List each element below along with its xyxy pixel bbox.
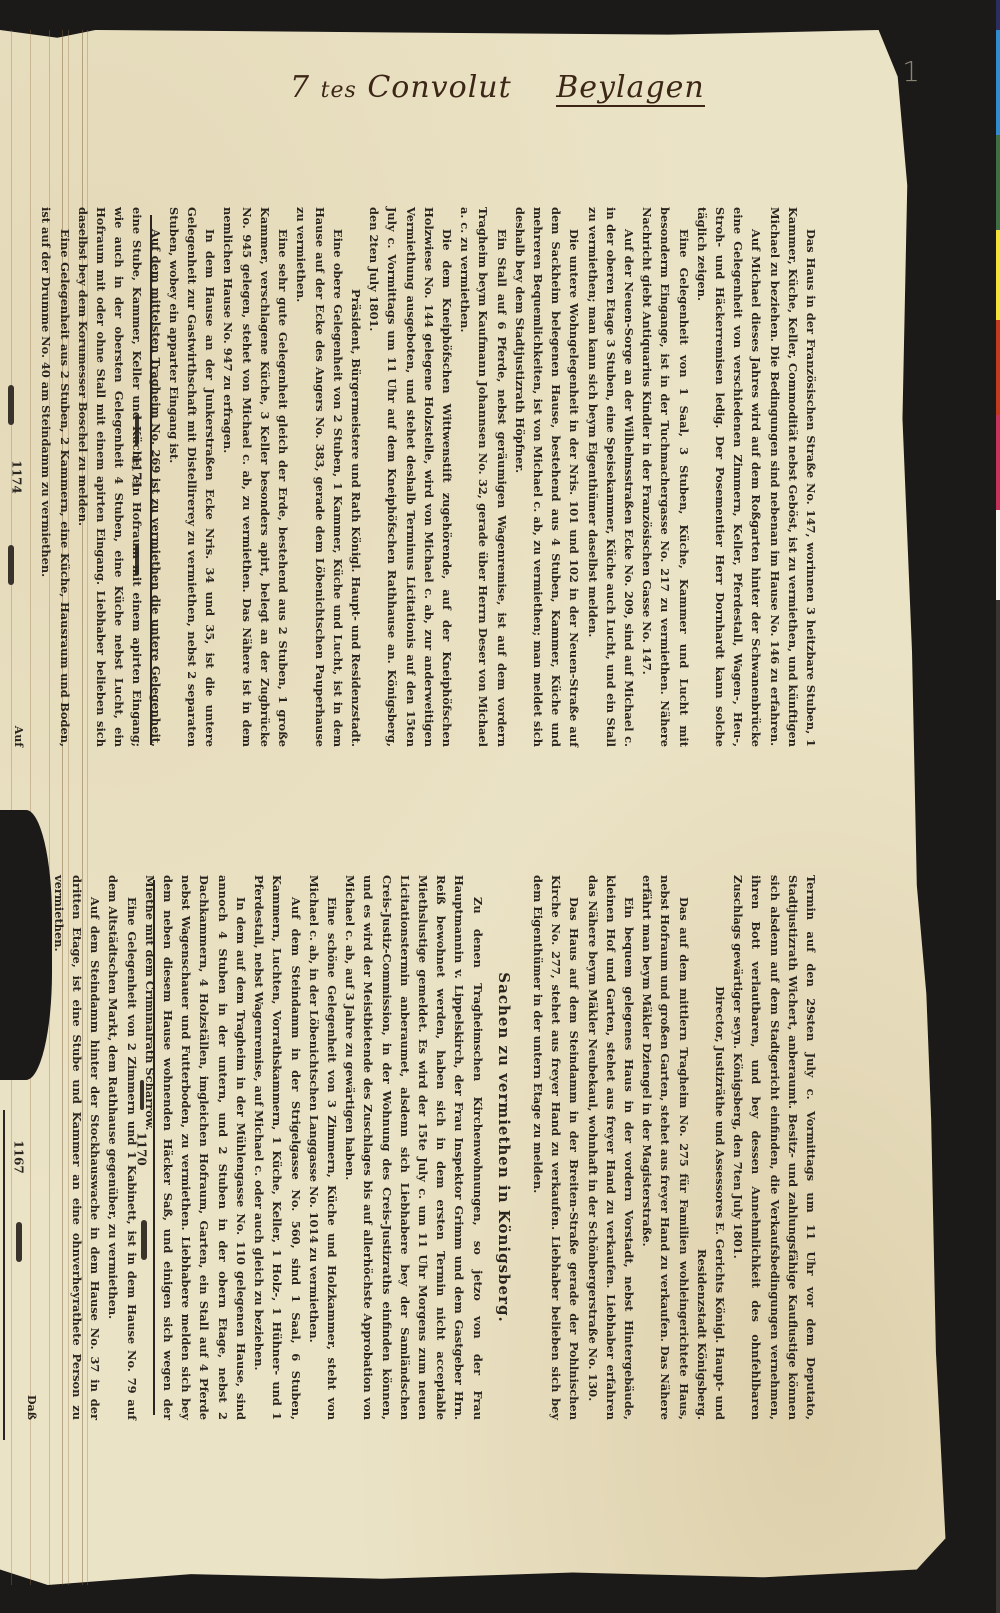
edge-column-rule (3, 1110, 5, 1440)
notice-paragraph: Eine Gelegenheit von 2 Zimmern und 1 Kab… (104, 875, 140, 1420)
notice-paragraph: Ein bequem gelegenes Haus in der vordern… (583, 875, 638, 1420)
handwritten-word: tes (321, 78, 357, 103)
swatch-blue (996, 30, 1000, 135)
notice-paragraph: Eine sehr gute Gelegenheit gleich der Er… (219, 207, 292, 747)
pencil-folio-number: 1 (902, 55, 920, 88)
notice-paragraph: Zu denen Tragheimschen Kirchenwohnungen,… (341, 875, 487, 1420)
notice-paragraph: Auf dem Steindamm hinter der Stockhauswa… (50, 875, 105, 1420)
swatch-red (996, 320, 1000, 415)
notice-paragraph: Das auf dem mittlern Tragheim No. 275 fü… (638, 875, 693, 1420)
color-calibration-strip (996, 0, 1000, 1613)
handwritten-number: 7 (290, 70, 310, 105)
text-column-upper: Das Haus in der Französischen Straße No.… (9, 207, 820, 747)
notice-paragraph: Auf dem Steindamm in der Strigelgasse No… (250, 875, 305, 1420)
notice-signature: Präsident, Bürgermeistere und Rath König… (347, 207, 365, 747)
notice-paragraph: Die untere Wohngelegenheit in der Nris. … (511, 207, 584, 747)
notice-paragraph: In dem Hause an der Junkerstraßen Ecke N… (165, 207, 220, 747)
notice-paragraph: Das Haus in der Französischen Straße No.… (765, 207, 820, 747)
handwritten-word: Convolut (367, 70, 511, 105)
catchword: Auf (9, 207, 27, 747)
section-heading: Sachen zu vermiethen in Königsberg. (495, 875, 513, 1420)
swatch-yellow (996, 230, 1000, 320)
notice-paragraph: Ein Stall auf 6 Pferde, nebst geräumigen… (456, 207, 511, 747)
notice-paragraph: Auf der Neuen-Sorge an der Wilhelmsstraß… (583, 207, 638, 747)
swatch-navy (996, 0, 1000, 30)
notice-paragraph: Eine schöne Gelegenheit von 3 Zimmern, K… (305, 875, 341, 1420)
swatch-white (996, 510, 1000, 600)
handwritten-word-underlined: Beylagen (556, 70, 705, 107)
notice-paragraph: Eine Gelegenheit von 1 Saal, 3 Stuben, K… (638, 207, 693, 747)
swatch-green (996, 135, 1000, 230)
swatch-magenta (996, 415, 1000, 510)
notice-paragraph: Das Haus auf dem Steindamm in der Breite… (529, 875, 584, 1420)
handwritten-annotation: 7 tes Convolut Beylagen (290, 70, 705, 105)
notice-paragraph: Eine Gelegenheit aus 2 Stuben, 2 Kammern… (37, 207, 73, 747)
notice-paragraph: Eine obere Gelegenheit von 2 Stuben, 1 K… (292, 207, 347, 747)
notice-paragraph: Die dem Kneiphöfschen Wittwenstift zugeh… (365, 207, 456, 747)
notice-signature: Director, Justizräthe und Assessores E. … (693, 875, 729, 1420)
notice-paragraph: Auf Michael dieses Jahres wird auf dem R… (693, 207, 766, 747)
catchword: Daß (21, 875, 39, 1420)
notice-paragraph: In dem auf dem Tragheim in der Mühlengas… (141, 875, 250, 1420)
notice-paragraph: Auf dem mittelsten Tragheim No. 269 ist … (74, 207, 165, 747)
text-column-lower: Termin auf den 29sten July c. Vormittags… (21, 875, 820, 1420)
swatch-dark-gray (996, 600, 1000, 1613)
notice-paragraph: Termin auf den 29sten July c. Vormittags… (729, 875, 820, 1420)
